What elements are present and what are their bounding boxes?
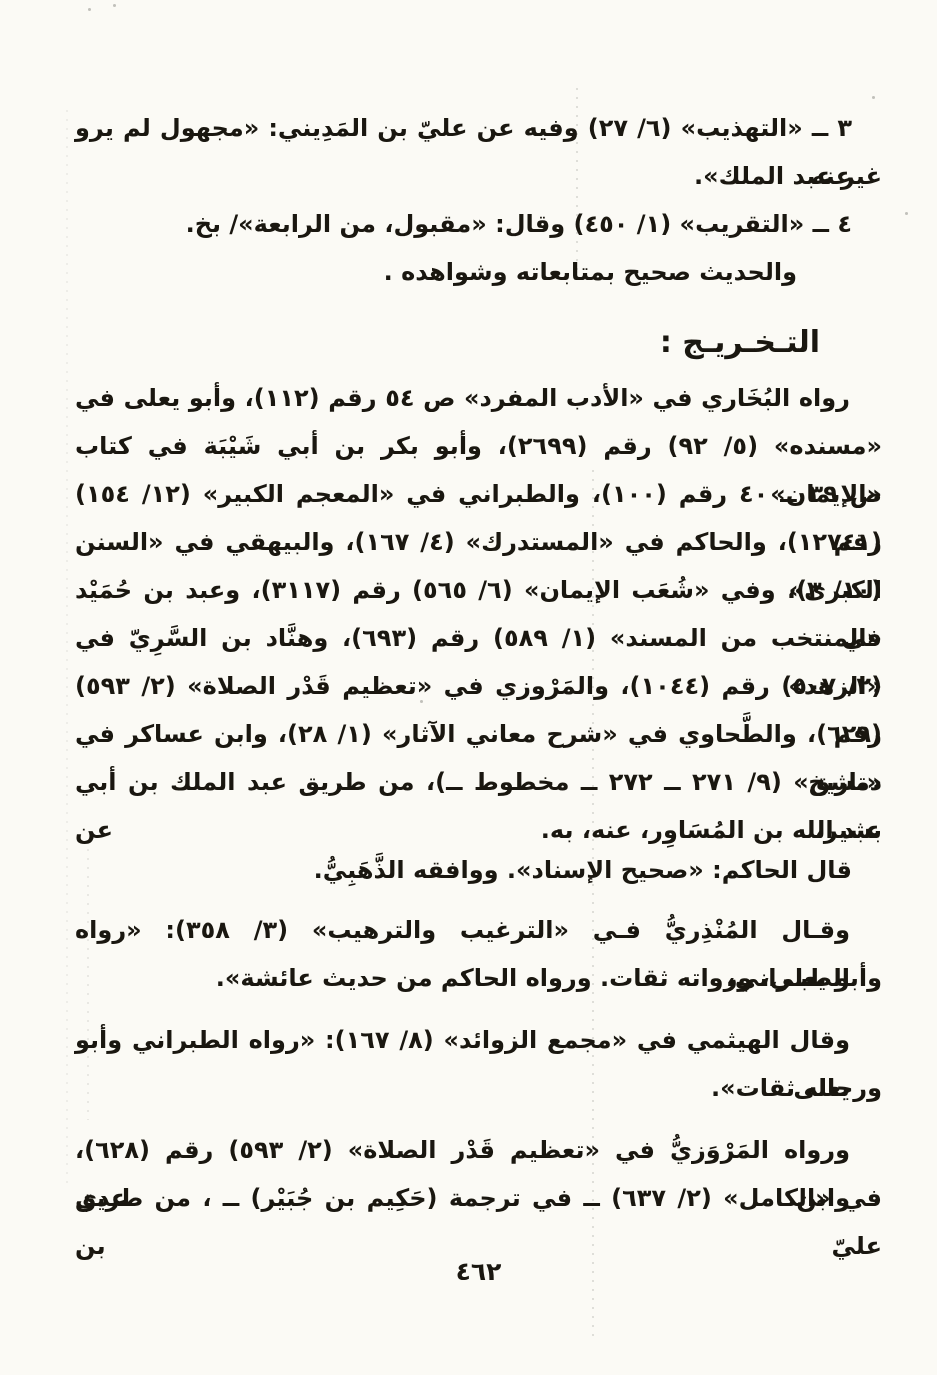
- text-line: ٤ ــ «التقريب» (١/ ٤٥٠) وقال: «مقبول، من…: [75, 200, 882, 248]
- paragraph-takhrij-sources: رواه البُخَاري في «الأدب المفرد» ص ٥٤ رق…: [75, 374, 882, 854]
- scan-speck: [113, 4, 116, 7]
- text-line: (١٢٧٤١)، والحاكم في «المستدرك» (٤/ ١٦٧)،…: [75, 518, 882, 566]
- paragraph-haythami-grading: وقال الهيثمي في «مجمع الزوائد» (٨/ ١٦٧):…: [75, 1016, 882, 1112]
- scanned-page: ٣ ــ «التهذيب» (٦/ ٢٧) وفيه عن عليّ بن ا…: [0, 0, 937, 1375]
- text-line: وقال الهيثمي في «مجمع الزوائد» (٨/ ١٦٧):…: [75, 1016, 882, 1064]
- scan-speck: [88, 8, 91, 11]
- text-block: ٣ ــ «التهذيب» (٦/ ٢٧) وفيه عن عليّ بن ا…: [75, 104, 882, 1296]
- text-line: رواه البُخَاري في «الأدب المفرد» ص ٥٤ رق…: [75, 374, 882, 422]
- text-line: ص ٣٩ ــ ٤٠ رقم (١٠٠)، والطبراني في «المع…: [75, 470, 882, 518]
- text-line: والحديث صحيح بمتابعاته وشواهده .: [75, 248, 882, 296]
- text-line: (٢/ ٥٠٧) رقم (١٠٤٤)، والمَرْوزي في «تعظي…: [75, 662, 882, 710]
- scan-speck: [905, 212, 908, 215]
- section-heading-takhrij: التـخـريـج :: [75, 317, 882, 369]
- text-line: وقـال المُنْذِريُّ فـي «الترغيب والترهيب…: [75, 906, 882, 954]
- paragraph-marwazi-route: ورواه المَرْوَزيُّ في «تعظيم قَدْر الصلا…: [75, 1126, 882, 1222]
- text-line: ورواه المَرْوَزيُّ في «تعظيم قَدْر الصلا…: [75, 1126, 882, 1174]
- text-line: (٦٢٩)، والطَّحاوي في «شرح معاني الآثار» …: [75, 710, 882, 758]
- text-line: غير عبد الملك».: [75, 152, 882, 200]
- text-line: ورجاله ثقات».: [75, 1064, 882, 1112]
- text-line: دمشق» (٩/ ٢٧١ ــ ٢٧٢ ــ مخطوط ــ)، من طر…: [75, 758, 882, 806]
- scan-artifact-line: [66, 110, 68, 1190]
- text-line: «مسنده» (٥/ ٩٢) رقم (٢٦٩٩)، وأبو بكر بن …: [75, 422, 882, 470]
- paragraph-mundhiri-grading: وقـال المُنْذِريُّ فـي «الترغيب والترهيب…: [75, 906, 882, 1002]
- text-line: وأبو يعلى، ورواته ثقات. ورواه الحاكم من …: [75, 954, 882, 1002]
- text-line: في «الكامل» (٢/ ٦٣٧) ــ في ترجمة (حَكِيم…: [75, 1174, 882, 1222]
- text-line: «المنتخب من المسند» (١/ ٥٨٩) رقم (٦٩٣)، …: [75, 614, 882, 662]
- text-line: ٣ ــ «التهذيب» (٦/ ٢٧) وفيه عن عليّ بن ا…: [75, 104, 882, 152]
- scan-speck: [872, 96, 875, 99]
- paragraph-footnote-3: ٣ ــ «التهذيب» (٦/ ٢٧) وفيه عن عليّ بن ا…: [75, 104, 882, 200]
- paragraph-footnote-4: ٤ ــ «التقريب» (١/ ٤٥٠) وقال: «مقبول، من…: [75, 200, 882, 248]
- paragraph-verdict: والحديث صحيح بمتابعاته وشواهده .: [75, 248, 882, 296]
- text-line: (١٠/ ٣)، وفي «شُعَب الإيمان» (٦/ ٥٦٥) رق…: [75, 566, 882, 614]
